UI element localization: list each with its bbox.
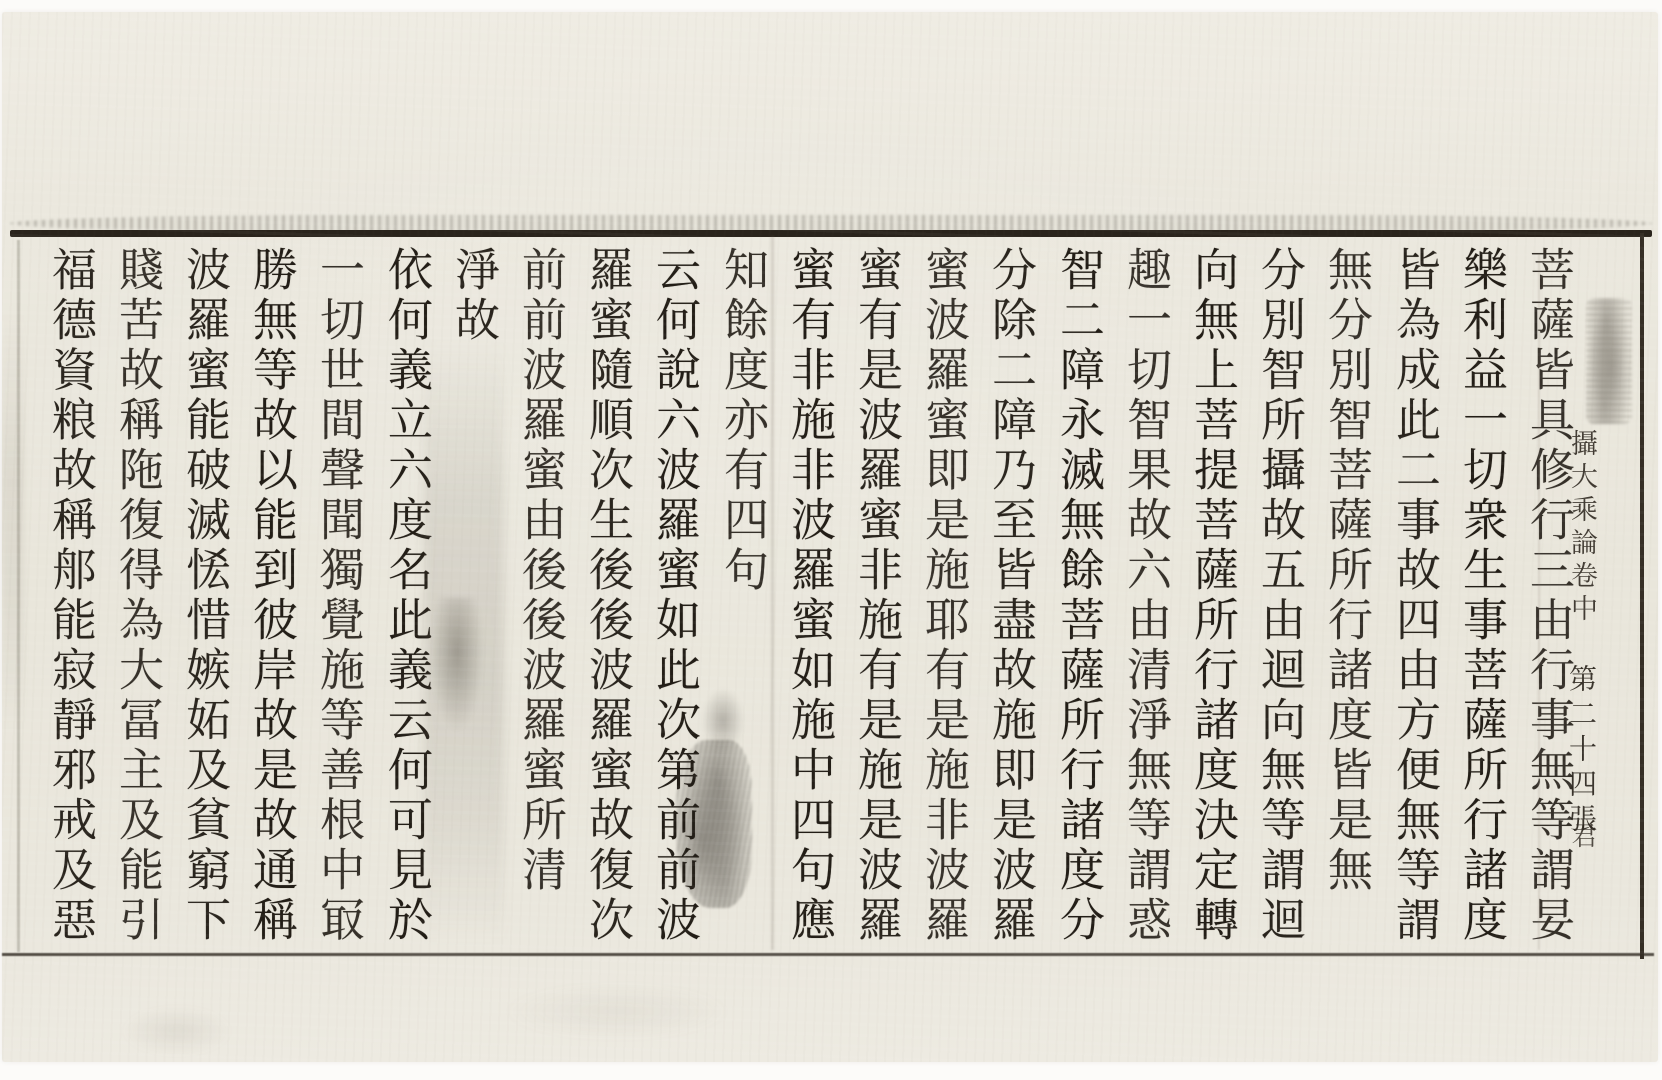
text-column-10: 蜜波羅蜜即是施耶有是施非波羅: [915, 246, 971, 958]
text-column-4: 無分別智菩薩所行諸度皆是無: [1318, 246, 1374, 958]
text-column-2: 樂利益一切衆生事菩薩所行諸度: [1453, 246, 1509, 958]
text-column-22: 賤苦故稱陁復得為大冨主及能引: [109, 246, 165, 958]
text-column-6: 向無上菩提菩薩所行諸度決定轉: [1184, 246, 1240, 958]
text-column-7: 趣一切智果故六由清淨無等謂惑: [1117, 246, 1173, 958]
text-column-14: 云何說六波羅蜜如此次第前前波: [646, 246, 702, 958]
text-column-16: 前前波羅蜜由後後波羅蜜所清: [512, 246, 568, 958]
frame-top-rule: [10, 230, 1652, 237]
bottom-margin-smudge: [122, 1007, 232, 1055]
left-edge-smudge: [2, 312, 24, 732]
bottom-margin-smudge-2: [502, 984, 732, 1039]
text-column-19: 一切世間聲聞獨覺施等善根中冣: [310, 246, 366, 958]
frame-right-rule: [1640, 233, 1644, 959]
text-column-5: 分別智所攝故五由迴向無等謂迴: [1251, 246, 1307, 958]
text-column-21: 波羅蜜能破滅恡惜嫉妬及貧窮下: [176, 246, 232, 958]
paper-sheet: 攝大乘論卷中 第二十四張 君 菩薩皆具修行三由行事無等謂妟 樂利益一切衆生事菩薩…: [2, 12, 1658, 1062]
text-column-12: 蜜有非施非波羅蜜如施中四句應: [781, 246, 837, 958]
text-column-8: 智二障永滅無餘菩薩所行諸度分: [1050, 246, 1106, 958]
text-column-18: 依何義立六度名此義云何可見於: [378, 246, 434, 958]
text-column-15: 羅蜜隨順次生後後波羅蜜故復次: [579, 246, 635, 958]
text-column-20: 勝無等故以能到彼岸故是故通稱: [243, 246, 299, 958]
ink-transfer-stain: [1586, 298, 1632, 424]
text-column-17: 淨故: [445, 246, 501, 958]
text-column-23: 福德資粮故稱郍能寂靜邪戒及惡: [42, 246, 98, 958]
scanned-page: 攝大乘論卷中 第二十四張 君 菩薩皆具修行三由行事無等謂妟 樂利益一切衆生事菩薩…: [0, 0, 1662, 1080]
frame-left-rule: [17, 240, 20, 952]
paper-crease-line: [771, 236, 774, 950]
text-column-9: 分除二障乃至皆盡故施即是波羅: [982, 246, 1038, 958]
text-column-1: 菩薩皆具修行三由行事無等謂妟: [1520, 246, 1576, 958]
text-column-13: 知餘度亦有四句: [714, 246, 770, 958]
text-column-3: 皆為成此二事故四由方便無等謂: [1386, 246, 1442, 958]
text-column-11: 蜜有是波羅蜜非施有是施是波羅: [848, 246, 904, 958]
